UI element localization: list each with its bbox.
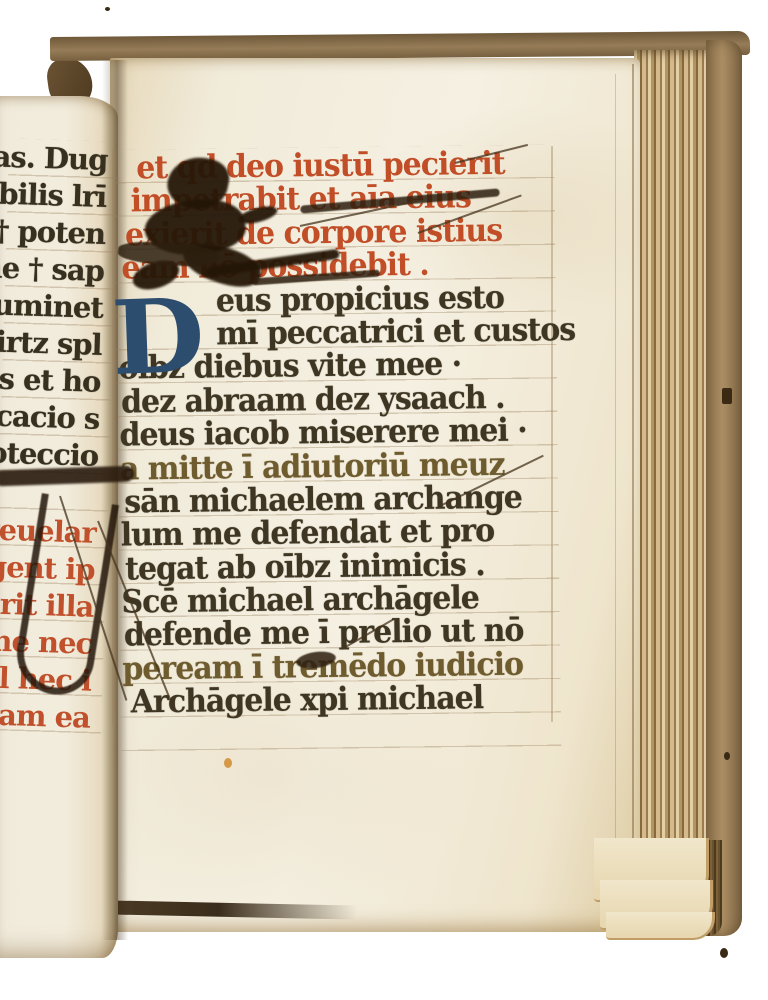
cover-speck [724, 752, 730, 760]
page-stack-corner [592, 838, 722, 938]
fore-edge-page-stack [634, 50, 710, 934]
manuscript-line: Archāgele xpi michael [131, 680, 561, 721]
cover-right-edge [706, 40, 742, 936]
page-corner [606, 912, 715, 940]
pigment-dot [224, 758, 232, 768]
background-speck [105, 7, 110, 11]
page-crease [632, 64, 634, 926]
manuscript-photo: D et qd deo iustū pecierit impetrabit et… [0, 0, 768, 1000]
page-crease [615, 74, 616, 916]
cover-speck [722, 388, 732, 404]
cover-speck [720, 948, 728, 958]
illuminated-initial-D: D [110, 289, 206, 386]
